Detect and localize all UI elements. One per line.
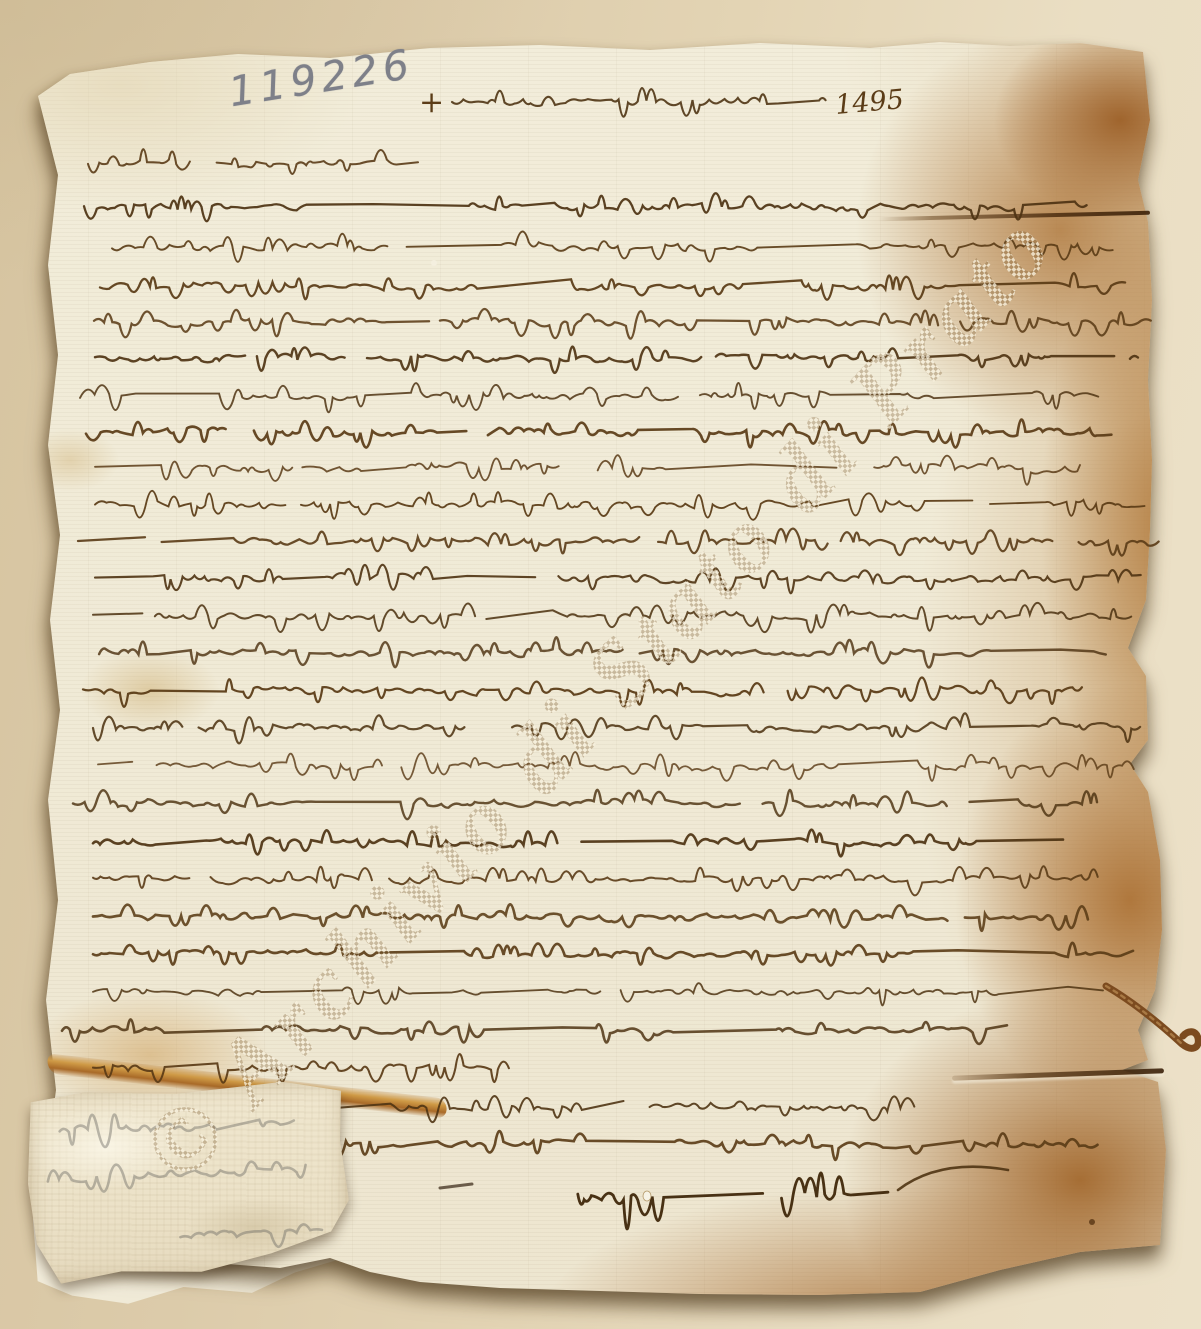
heading-cross: + [419, 85, 444, 120]
handwriting-line [95, 491, 1145, 520]
handwriting-line [93, 713, 1140, 743]
handwriting-line [95, 565, 1141, 593]
handwriting-line [93, 983, 1103, 1005]
handwriting-line [78, 529, 1159, 556]
pencil-scribble [47, 1156, 306, 1194]
handwriting-line [93, 866, 1098, 895]
handwriting-line [95, 347, 1138, 373]
handwriting-line [93, 830, 1063, 857]
handwriting-line [98, 752, 1134, 781]
handwriting-line [62, 1019, 1007, 1043]
signature-flourish [898, 1167, 1008, 1190]
handwriting-line [93, 603, 1131, 633]
heading-year: 1495 [834, 84, 905, 121]
scanned-letter-page: + 1495 © Archivio di Stato di Prato 1192… [0, 0, 1201, 1329]
handwriting-line [93, 904, 1088, 930]
handwriting-line [93, 1054, 509, 1083]
handwriting-line [100, 273, 1125, 300]
handwriting-line [84, 193, 1087, 221]
handwriting-line [88, 149, 418, 174]
handwriting-line [86, 420, 1111, 448]
signature-stroke [578, 1173, 888, 1229]
handwriting-line [112, 232, 1113, 262]
heading-stroke [452, 88, 826, 117]
paper-flecks [431, 260, 1095, 1225]
handwriting-line [95, 455, 1080, 485]
paper-fiber-cord [1106, 986, 1198, 1048]
handwriting-line [99, 637, 1106, 667]
handwriting-line [94, 309, 1151, 339]
handwriting-line [80, 383, 1098, 412]
ink-dash [440, 1184, 472, 1188]
handwriting-lines-group [62, 88, 1159, 1229]
pencil-scribble [59, 1106, 295, 1149]
handwriting-line [228, 1131, 1098, 1160]
handwriting-line [83, 677, 1082, 706]
handwriting-line [93, 943, 1133, 966]
handwriting-line [73, 790, 1097, 819]
